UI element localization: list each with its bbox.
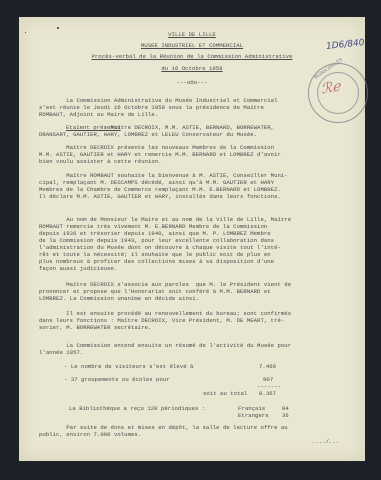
paragraph-activity-1: La Commission entend ensuite un résumé d… [39, 342, 291, 349]
paragraph-thanks-3: depuis 1936 et trésorier depuis 1940, ai… [39, 230, 271, 237]
paragraph-new-members-3: bien voulu assister à cette réunion. [39, 158, 162, 165]
closing-line-1: Par suite de dons et mises en dépôt, la … [39, 424, 288, 431]
header-separator: ---oOo--- [19, 79, 365, 86]
paragraph-thanks-1: Au nom de Monsieur le Maire et au nom de… [39, 216, 291, 223]
total-value: 8.367 [259, 390, 276, 397]
paragraph-thanks-4: de la Commission depuis 1943, pour leur … [39, 237, 274, 244]
paragraph-bureau-1: Il est ensuite procédé au renouvellement… [39, 310, 291, 317]
total-label: soit au total [203, 390, 247, 397]
paragraph-welcome-2: cipal, remplaçant M. DESCAMPS décédé, ai… [39, 179, 274, 186]
paragraph-opening-2: s'est réunie le Jeudi 16 Octobre 1958 so… [39, 104, 264, 111]
library-french-label: Français [238, 405, 265, 412]
header-date: du 16 Octobre 1958 [19, 65, 365, 72]
attendees-line-2: DRANSART, GAUTIER, HARY, LOMBREZ et LELE… [39, 131, 257, 138]
paragraph-opening-1: La Commission Administrative du Musée In… [39, 97, 277, 104]
paragraph-welcome-4: Il déclare M.M. ASTIE, GAUTIER et HARY, … [39, 193, 281, 200]
attendees-line-1: : Maître DECROIX, M.M. ASTIE, BERNARD, B… [39, 124, 274, 131]
paragraph-thanks-2: ROMBAUT remercie très vivement M. E.BERN… [39, 223, 267, 230]
archive-stamp: MUNICIPALES ℛℯ [308, 63, 368, 123]
ink-speck [57, 27, 59, 29]
paragraph-bureau-2: dans leurs fonctions : Maître DECROIX, V… [39, 317, 284, 324]
paragraph-welcome-3: Membres de la Chambre de Commerce rempla… [39, 186, 281, 193]
paragraph-new-members-2: M.M. ASTIE, GAUTIER et HARY et remercie … [39, 151, 281, 158]
paragraph-bureau-3: sorier, M. BORREWATER secrétaire. [39, 324, 151, 331]
total-rule: ------- [257, 383, 281, 390]
library-line: La Bibliothèque a reçu 120 périodiques : [69, 405, 205, 412]
visitors-label: - Le nombre de visiteurs s'est élevé à [64, 363, 193, 370]
header-city: VILLE DE LILLE [19, 31, 365, 38]
header-title: Procès-verbal de la Réunion de la Commis… [19, 53, 365, 60]
paragraph-new-members-1: Maître DECROIX présente les nouveaux Mem… [39, 144, 274, 151]
paragraph-thanks-7: plus nombreux à profiter des collections… [39, 258, 274, 265]
document-page: 1D6/840 MUNICIPALES ℛℯ VILLE DE LILLE MU… [19, 17, 365, 461]
library-french-value: 84 [282, 405, 289, 412]
continuation-mark: ..../... [312, 438, 339, 445]
paragraph-honorary-1: Maître DECROIX s'associe aux paroles que… [39, 281, 291, 288]
paragraph-thanks-8: façon aussi judicieuse. [39, 265, 117, 272]
paragraph-welcome-1: Maître ROMBAUT souhaite la bienvenue à M… [39, 172, 288, 179]
paragraph-opening-3: ROMBAUT, Adjoint au Maire de Lille. [39, 111, 158, 118]
groups-value: 907 [263, 376, 273, 383]
paragraph-honorary-3: LOMBREZ. La Commission unanime en décide… [39, 295, 199, 302]
paragraph-activity-2: l'année 1957. [39, 349, 83, 356]
closing-line-2: public, environ 7.000 volumes. [39, 431, 141, 438]
paragraph-honorary-2: prononcer et propose que l'Honorariat so… [39, 288, 271, 295]
groups-label: - 37 groupements ou écoles pour [64, 376, 170, 383]
library-foreign-value: 36 [282, 412, 289, 419]
library-foreign-label: Etrangers [238, 412, 269, 419]
paragraph-thanks-5: l'administration du Musée dont on découv… [39, 244, 281, 251]
header-museum: MUSEE INDUSTRIEL ET COMMERCIAL [19, 42, 365, 49]
paragraph-thanks-6: rêt et toute la nécessité; il souhaite q… [39, 251, 271, 258]
visitors-value: 7.460 [259, 363, 276, 370]
